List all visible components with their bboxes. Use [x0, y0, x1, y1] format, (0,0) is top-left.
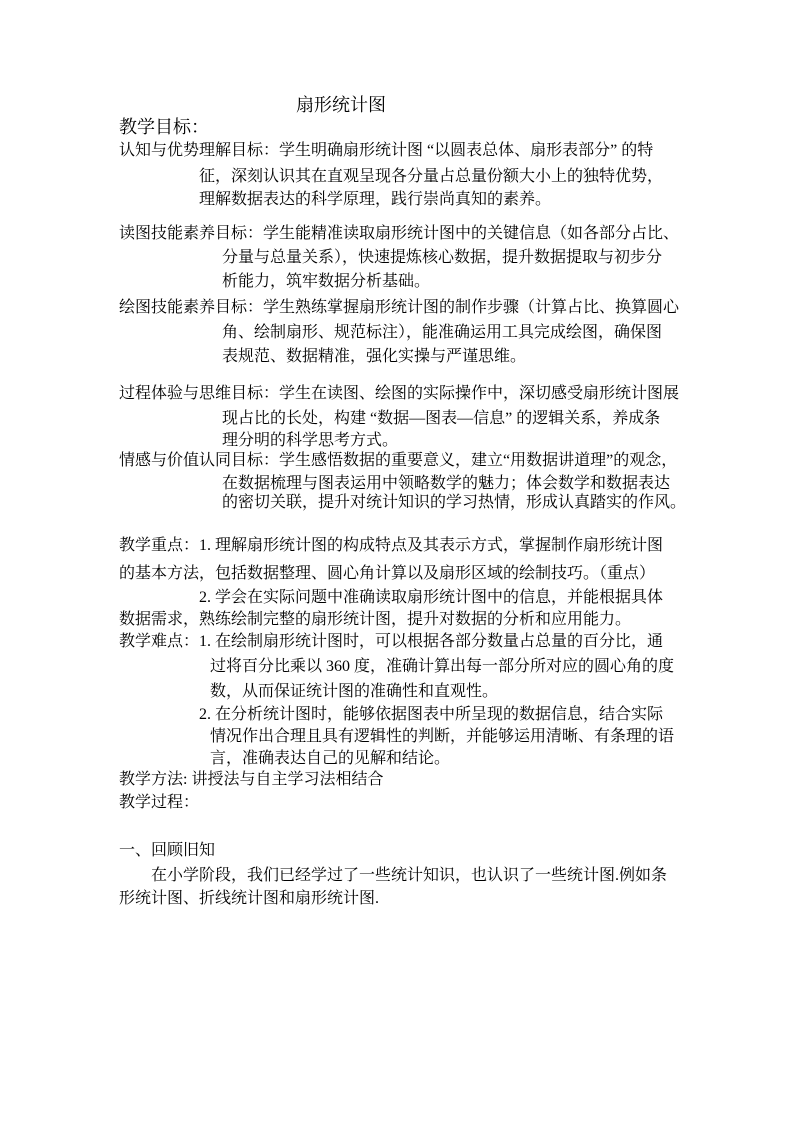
doc-line: 教学过程： [119, 793, 199, 813]
doc-line: 2. 在分析统计图时，能够依据图表中所呈现的数据信息，结合实际 [199, 705, 663, 725]
doc-line: 表规范、数据精准，强化实操与严谨思维。 [222, 347, 526, 367]
doc-line: 在小学阶段，我们已经学过了一些统计知识，也认识了一些统计图.例如条 [151, 866, 667, 886]
doc-line: 的密切关联，提升对统计知识的学习热情，形成认真踏实的作风。 [222, 493, 686, 513]
doc-line: 征，深刻认识其在直观呈现各分量占总量份额大小上的独特优势， [199, 167, 663, 187]
doc-line: 析能力，筑牢数据分析基础。 [222, 272, 430, 292]
doc-line: 现占比的长处，构建 “数据—图表—信息” 的逻辑关系，养成条 [222, 409, 660, 429]
doc-line: 教学目标： [119, 116, 209, 138]
doc-line: 认知与优势理解目标：学生明确扇形统计图 “以圆表总体、扇形表部分” 的特 [119, 141, 653, 161]
doc-line: 理解数据表达的科学原理，践行崇尚真知的素养。 [199, 190, 551, 210]
doc-line: 在数据梳理与图表运用中领略数学的魅力；体会数学和数据表达 [222, 474, 670, 494]
doc-line: 形统计图、折线统计图和扇形统计图. [119, 889, 379, 909]
doc-line: 一、回顾旧知 [119, 841, 215, 861]
doc-line: 教学方法: 讲授法与自主学习法相结合 [119, 770, 383, 790]
doc-line: 教学难点：1. 在绘制扇形统计图时，可以根据各部分数量占总量的百分比，通 [119, 632, 663, 652]
doc-line: 的基本方法，包括数据整理、圆心角计算以及扇形区域的绘制技巧。（重点） [119, 564, 655, 584]
doc-line: 分量与总量关系），快速提炼核心数据，提升数据提取与初步分 [222, 248, 662, 268]
doc-line: 绘图技能素养目标：学生熟练掌握扇形统计图的制作步骤（计算占比、换算圆心 [119, 298, 679, 318]
doc-line: 教学重点：1. 理解扇形统计图的构成特点及其表示方式，掌握制作扇形统计图 [119, 536, 663, 556]
document-title: 扇形统计图 [296, 94, 386, 116]
doc-line: 言，准确表达自己的见解和结论。 [210, 749, 450, 769]
doc-line: 情况作出合理且具有逻辑性的判断，并能够运用清晰、有条理的语 [210, 727, 674, 747]
doc-line: 2. 学会在实际问题中准确读取扇形统计图中的信息，并能根据具体 [199, 588, 663, 608]
doc-line: 过将百分比乘以 360 度，准确计算出每一部分所对应的圆心角的度 [210, 657, 674, 677]
doc-line: 过程体验与思维目标：学生在读图、绘图的实际操作中，深切感受扇形统计图展 [119, 384, 679, 404]
doc-line: 理分明的科学思考方式。 [222, 431, 398, 451]
doc-line: 数，从而保证统计图的准确性和直观性。 [210, 682, 498, 702]
document-page: 扇形统计图 教学目标：认知与优势理解目标：学生明确扇形统计图 “以圆表总体、扇形… [0, 0, 794, 1123]
doc-line: 情感与价值认同目标：学生感悟数据的重要意义，建立“用数据讲道理”的观念， [119, 451, 677, 471]
doc-line: 角、绘制扇形、规范标注），能准确运用工具完成绘图，确保图 [222, 323, 662, 343]
doc-line: 读图技能素养目标：学生能精准读取扇形统计图中的关键信息（如各部分占比、 [119, 224, 679, 244]
doc-line: 数据需求，熟练绘制完整的扇形统计图，提升对数据的分析和应用能力。 [119, 610, 631, 630]
